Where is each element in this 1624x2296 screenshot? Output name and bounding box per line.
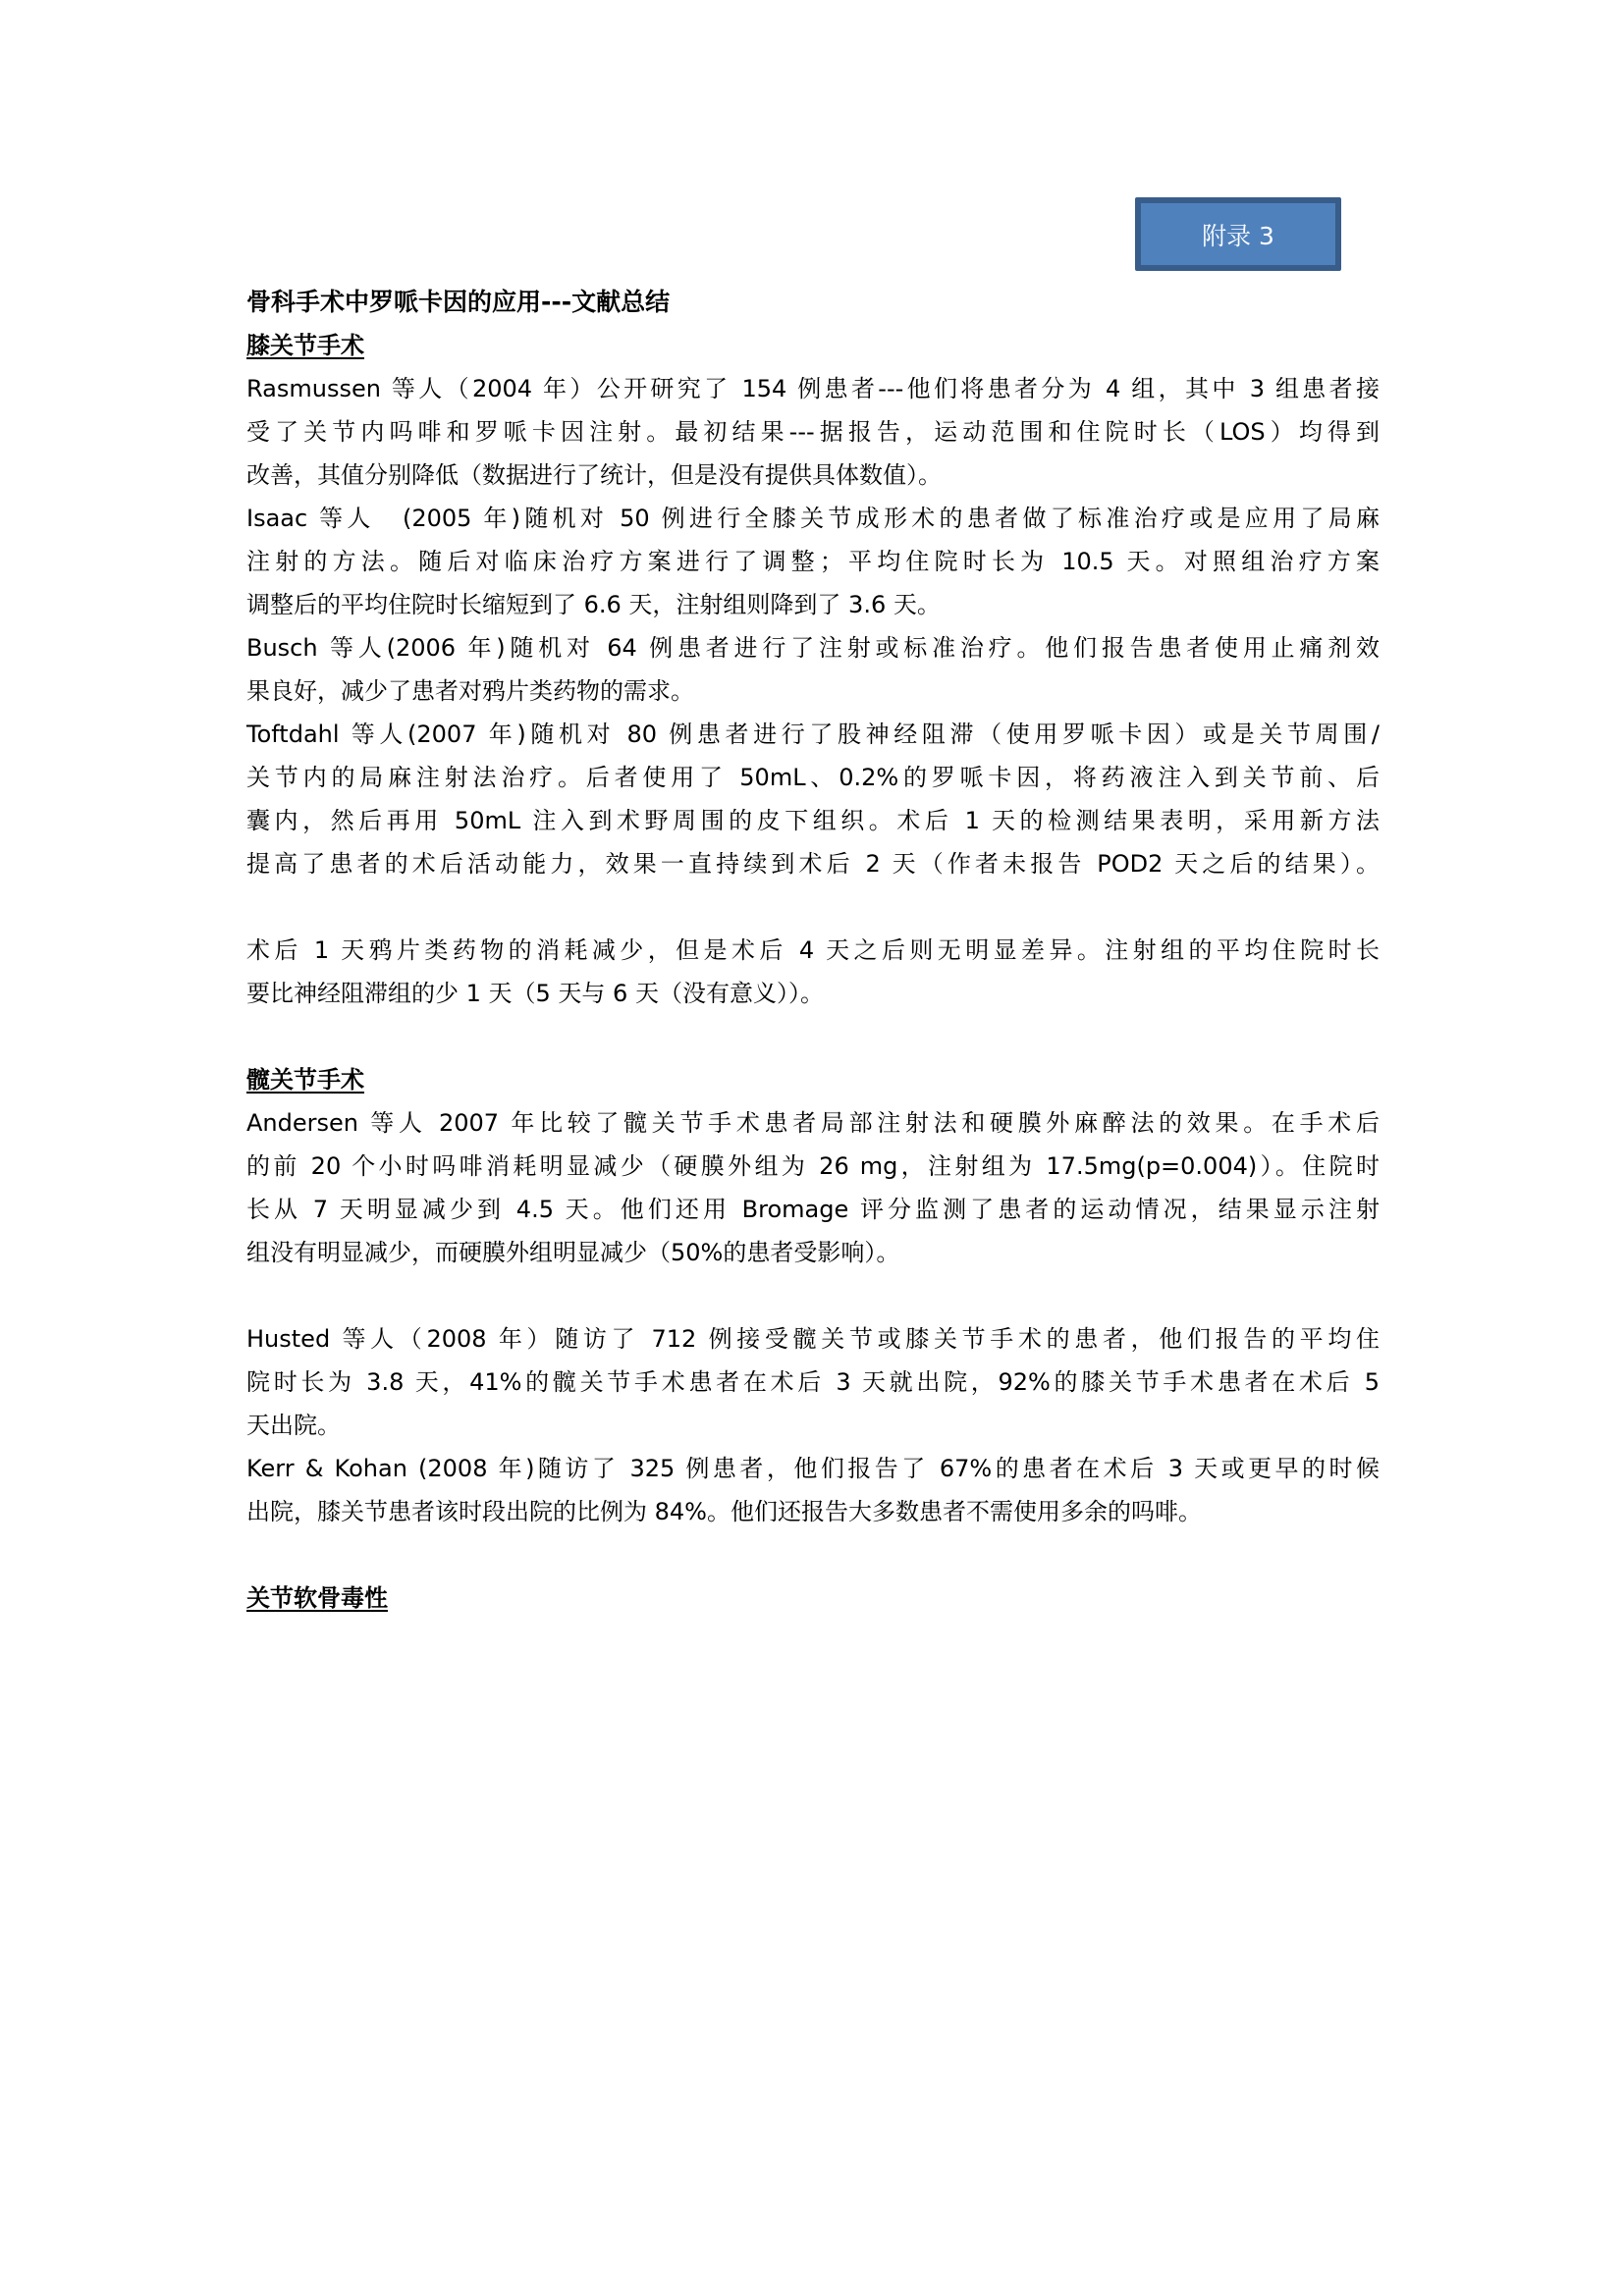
paragraph-busch-2006: Busch 等人(2006 年)随机对 64 例患者进行了注射或标准治疗。他们报… [246,626,1380,713]
text-line: 囊内，然后再用 50mL 注入到术野周围的皮下组织。术后 1 天的检测结果表明，… [246,799,1380,842]
text-line: 组没有明显减少，而硬膜外组明显减少（50%的患者受影响）。 [246,1231,1380,1274]
blank-line [246,885,1380,929]
paragraph-andersen-2007: Andersen 等人 2007 年比较了髋关节手术患者局部注射法和硬膜外麻醉法… [246,1101,1380,1274]
text-line: Isaac 等人 (2005 年)随机对 50 例进行全膝关节成形术的患者做了标… [246,497,1380,540]
text-line: 院时长为 3.8 天，41%的髋关节手术患者在术后 3 天就出院，92%的膝关节… [246,1361,1380,1404]
text-line: Husted 等人（2008 年）随访了 712 例接受髋关节或膝关节手术的患者… [246,1317,1380,1361]
text-line: 的前 20 个小时吗啡消耗明显减少（硬膜外组为 26 mg，注射组为 17.5m… [246,1145,1380,1188]
text-line: Toftdahl 等人(2007 年)随机对 80 例患者进行了股神经阻滞（使用… [246,713,1380,756]
text-line: 果良好，减少了患者对鸦片类药物的需求。 [246,669,1380,713]
text-line: 提高了患者的术后活动能力，效果一直持续到术后 2 天（作者未报告 POD2 天之… [246,842,1380,885]
paragraph-toftdahl-2007: Toftdahl 等人(2007 年)随机对 80 例患者进行了股神经阻滞（使用… [246,713,1380,885]
paragraph-isaac-2005: Isaac 等人 (2005 年)随机对 50 例进行全膝关节成形术的患者做了标… [246,497,1380,626]
blank-line [246,1533,1380,1576]
paragraph-rasmussen-2004: Rasmussen 等人（2004 年）公开研究了 154 例患者---他们将患… [246,367,1380,497]
text-line: 要比神经阻滞组的少 1 天（5 天与 6 天（没有意义））。 [246,972,1380,1015]
text-line: 注射的方法。随后对临床治疗方案进行了调整；平均住院时长为 10.5 天。对照组治… [246,540,1380,583]
text-line: 受了关节内吗啡和罗哌卡因注射。最初结果---据报告，运动范围和住院时长（LOS）… [246,410,1380,454]
text-line: Andersen 等人 2007 年比较了髋关节手术患者局部注射法和硬膜外麻醉法… [246,1101,1380,1145]
text-line: 长从 7 天明显减少到 4.5 天。他们还用 Bromage 评分监测了患者的运… [246,1188,1380,1231]
text-line: 改善，其值分别降低（数据进行了统计，但是没有提供具体数值）。 [246,454,1380,497]
text-line: 关节内的局麻注射法治疗。后者使用了 50mL、0.2%的罗哌卡因，将药液注入到关… [246,756,1380,799]
paragraph-husted-2008: Husted 等人（2008 年）随访了 712 例接受髋关节或膝关节手术的患者… [246,1317,1380,1447]
blank-line [246,1274,1380,1317]
text-line: Busch 等人(2006 年)随机对 64 例患者进行了注射或标准治疗。他们报… [246,626,1380,669]
section-heading-knee: 膝关节手术 [246,324,1380,367]
text-line: Rasmussen 等人（2004 年）公开研究了 154 例患者---他们将患… [246,367,1380,410]
document-title: 骨科手术中罗哌卡因的应用---文献总结 [246,281,1380,324]
section-heading-cartilage-toxicity: 关节软骨毒性 [246,1576,1380,1620]
appendix-label-box: 附录 3 [1135,197,1341,271]
text-line: Kerr & Kohan (2008 年)随访了 325 例患者，他们报告了 6… [246,1447,1380,1490]
text-line: 术后 1 天鸦片类药物的消耗减少，但是术后 4 天之后则无明显差异。注射组的平均… [246,929,1380,972]
appendix-label: 附录 3 [1202,217,1274,252]
text-line: 出院，膝关节患者该时段出院的比例为 84%。他们还报告大多数患者不需使用多余的吗… [246,1490,1380,1533]
text-line: 调整后的平均住院时长缩短到了 6.6 天，注射组则降到了 3.6 天。 [246,583,1380,626]
paragraph-toftdahl-2007-continued: 术后 1 天鸦片类药物的消耗减少，但是术后 4 天之后则无明显差异。注射组的平均… [246,929,1380,1015]
document-body: 骨科手术中罗哌卡因的应用---文献总结 膝关节手术 Rasmussen 等人（2… [246,281,1380,1620]
section-heading-hip: 髋关节手术 [246,1058,1380,1101]
paragraph-kerr-kohan-2008: Kerr & Kohan (2008 年)随访了 325 例患者，他们报告了 6… [246,1447,1380,1533]
blank-line [246,1015,1380,1058]
text-line: 天出院。 [246,1404,1380,1447]
